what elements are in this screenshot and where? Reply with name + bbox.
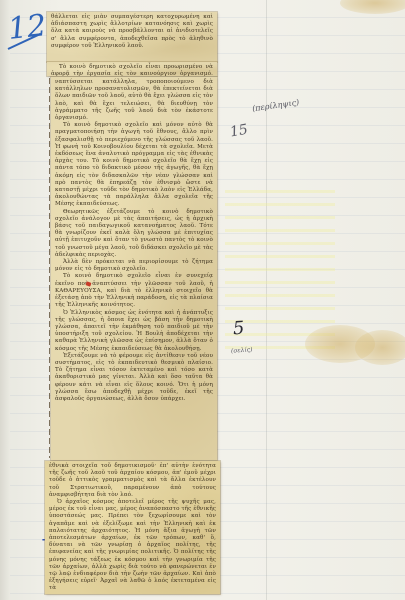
newspaper-clipping-1: θάλλεται εἰς μιὰν συμπαγέστερη κατοχυρωμ… [47,12,217,62]
handwritten-margin-note: (περίληψις) [252,98,300,114]
clipping-paragraph: ναπτύσσεται κατάλληλα, τροποποιούμενο δι… [55,79,213,122]
margin-marker-line [49,78,50,458]
newspaper-clipping-3: ναπτύσσεται κατάλληλα, τροποποιούμενο δι… [51,77,217,460]
archival-page: 12 (περίληψις) 15 5 (σελίς) + θάλλεται ε… [0,0,405,600]
handwritten-number-upper: 15 [229,122,249,141]
clipping-paragraph: θάλλεται εἰς μιὰν συμπαγέστερη κατοχυρωμ… [51,14,213,50]
handwritten-number-caption: (σελίς) [231,346,253,354]
page-edge [0,0,10,600]
clipping-paragraph: Ὁ Ἑλληνικὸς κόσμος ὡς ἑνότητα καὶ ἡ ἀνάπ… [55,310,213,353]
newspaper-clipping-4: ἐθνικὰ στοιχεῖα τοῦ δημοτικισμοῦ· ἐπ' αὐ… [45,461,220,594]
newspaper-clipping-2: Τὸ κοινὸ δημοτικὸ σχολεῖο εἶναι προωρισμ… [47,62,217,76]
water-stain [355,330,405,365]
clipping-paragraph: Ἐξετάζουμε νὰ τὸ φέρουμε εἰς ἀντίθεσιν τ… [55,353,213,403]
clipping-paragraph: Ἀλλὰ δὲν πρόκειται νὰ περιορίσουμε τὸ ζή… [55,259,213,273]
clipping-paragraph: Τὸ κοινὸ δημοτικὸ σχολεῖο εἶναι προωρισμ… [51,64,213,76]
clipping-paragraph: ἐθνικὰ στοιχεῖα τοῦ δημοτικισμοῦ· ἐπ' αὐ… [49,463,216,499]
clipping-paragraph: Θεωρητικῶς ἐξετάζουμε τὸ κοινὸ δημοτικὸ … [55,209,213,259]
clipping-paragraph: Ὁ ἀρχαῖος κόσμος ἀποτελεῖ μέρος τῆς ψυχῆ… [49,499,216,593]
clipping-paragraph: Τὸ κοινὸ δημοτικὸ σχολεῖο καὶ μόνον αὐτὸ… [55,122,213,208]
handwritten-number-middle: 5 [232,318,245,340]
clipping-paragraph: Τὸ κοινὸ δημοτικὸ σχολεῖο εἶναι ἐν συνεχ… [55,273,213,309]
water-stain [340,0,405,14]
